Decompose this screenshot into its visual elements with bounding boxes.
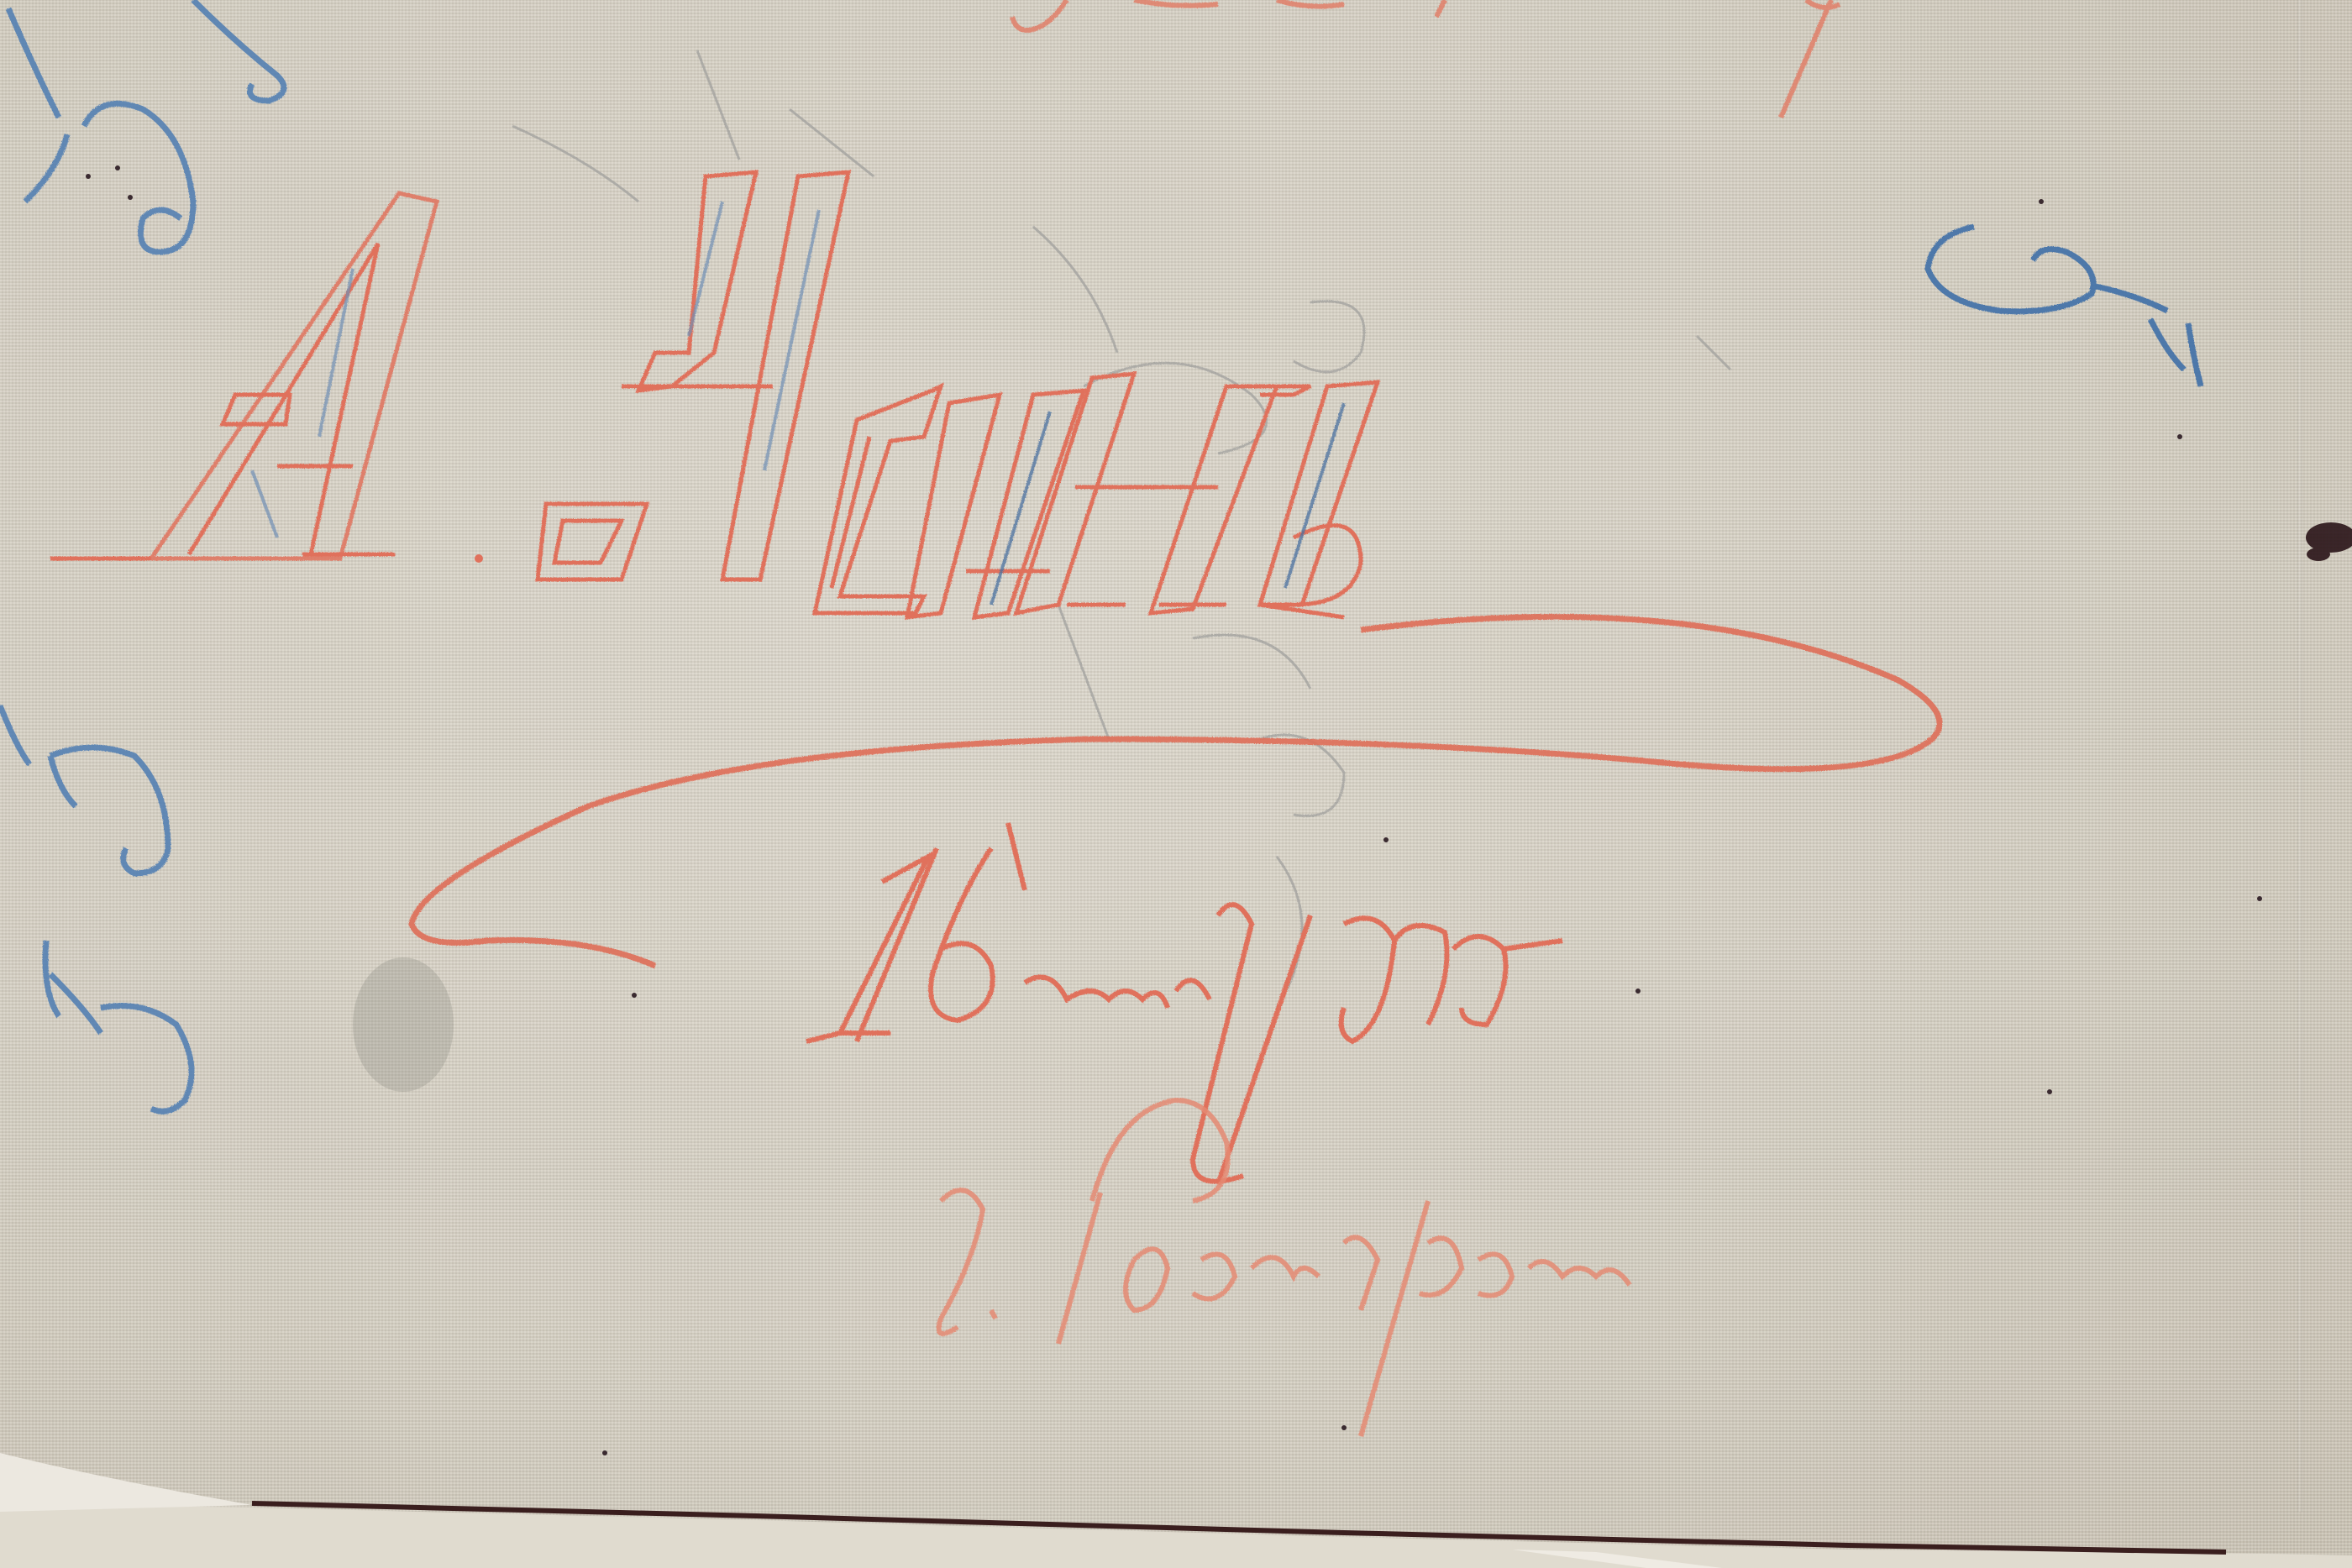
blue-scroll-icon	[1928, 227, 2201, 386]
ink-stain	[2306, 522, 2352, 561]
blue-scroll-icon	[8, 0, 284, 252]
graphite-sketch-icon	[512, 50, 1730, 1008]
place-handwriting	[939, 1100, 1630, 1436]
letter-n-outline	[1016, 374, 1277, 613]
letter-s-outline	[815, 386, 941, 613]
letter-a-outline	[50, 193, 437, 559]
letter-che-outline	[538, 172, 848, 579]
fabric-specks	[86, 165, 2262, 1455]
period-dot	[475, 554, 483, 563]
bottom-edge	[0, 1453, 2352, 1568]
smudge	[353, 957, 454, 1092]
letter-i-outline	[907, 391, 1084, 617]
blue-scroll-icon	[0, 705, 168, 873]
date-handwriting	[806, 823, 1562, 1184]
blue-scroll-icon	[45, 941, 192, 1111]
photo-scene: А. Чсинъ 16 Июня 1905 г. Кострома …р	[0, 0, 2352, 1568]
inscriptions-layer	[0, 0, 2352, 1568]
top-text-fragment	[1012, 0, 1840, 118]
letter-che-shading	[689, 202, 819, 470]
underline-flourish	[412, 616, 1940, 966]
